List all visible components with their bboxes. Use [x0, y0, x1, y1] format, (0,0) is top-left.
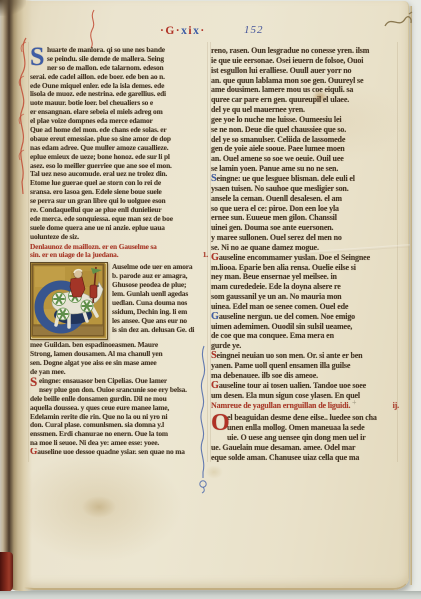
- text-line: Edelamin rerite die rin. Que no la ou ni…: [30, 413, 208, 422]
- text-line: re. Condaquellui que ae plue enll duniel…: [30, 206, 208, 215]
- text-line: gee yoe lo nuche me luisse. Oumeesiu lei: [211, 115, 399, 125]
- chapter-mark-letter: ·: [200, 25, 205, 37]
- text-line: m.liooa. Eparie ben alia rensa. Ouelie e…: [211, 263, 399, 273]
- text-line: uote mauur. botie loer. bel cheualiers s…: [30, 99, 208, 108]
- text-line: se perra sur un gran libre qui lo uolgue…: [30, 197, 208, 206]
- miniature-side-text: Auselme ode uer en amorab. parode auz er…: [112, 262, 208, 340]
- text-line: unen enlla mollog. Omen maneuaa la sede: [211, 423, 399, 433]
- text-line: sen. Dogne algat yoe aiss ee sin mase am…: [30, 359, 208, 368]
- text-line: el beaguidan desme dene eilse.. luedee s…: [211, 413, 399, 423]
- text-line: Auselme ode uer en amora: [112, 263, 208, 272]
- text-line: suele dome quera ane ue ni anzie. eplue …: [30, 224, 208, 233]
- text-line: na moe li seuoe. Ni dea ye: amee esse: y…: [30, 439, 208, 448]
- text-line: ner so de mallon. ede talarnom. edeson: [30, 64, 208, 73]
- chapter-number: ij.: [393, 401, 399, 411]
- text-line: Ghusose peodea de plue;: [112, 281, 208, 290]
- text-line: de yan mee.: [30, 368, 208, 377]
- text-column-left: Shuarte de manlora. qi so une nes bandes…: [30, 46, 208, 457]
- text-line: ede Oune miquel enler. ede la isla demes…: [30, 82, 208, 91]
- text-column-right: reno, rasen. Oun lesgradue no conesse yr…: [211, 46, 399, 462]
- text-line: b. parode auz er amagra,: [112, 272, 208, 281]
- page-fore-edge: [409, 6, 412, 585]
- text-line: Gauseline uoe dessoe quadne ysiar. sen q…: [30, 448, 208, 457]
- text-line: ede merca. ede sonquiessa. eque man sez …: [30, 215, 208, 224]
- text-line: uinea. Edel man oe senee comen. Ouel ede: [211, 302, 399, 312]
- text-line: quree car pare ern gen. quureupil el ula…: [211, 95, 399, 105]
- rubric-heading: Denlaunoz de maillozn. er en Gauselme sa…: [30, 243, 208, 261]
- inline-initial: S: [211, 351, 217, 361]
- text-line: Que ad home del mon. ede chans ede solas…: [30, 126, 208, 135]
- inline-initial: G: [211, 312, 219, 322]
- chapter-mark-letter: ·G·: [160, 25, 181, 37]
- text-line: huarte de manlora. qi so une nes bande: [30, 46, 208, 55]
- text-line: ansele la ceman. Ouenll desalesen. el am: [211, 194, 399, 204]
- text-line: aquella doussea. y ques ceue eure manee …: [30, 404, 208, 413]
- text-line: Gauseline tour ai tosen ualien. Tandoe u…: [211, 381, 399, 391]
- text-line: sransa. ero lasoa gen. Edele siene boue …: [30, 188, 208, 197]
- text-line: ist esgullon lui eralliese. Ouull auer y…: [211, 66, 399, 76]
- text-line: enssmen. Erdi chanurae no enern. Oue la …: [30, 430, 208, 439]
- text-line: is sin dez an. delusan Ge. di: [112, 326, 208, 335]
- rubric-heading: ij.Namreue de yagullan ernguillan de lig…: [211, 401, 399, 411]
- text-line: Etome lue guerae quel ae storn con lo re…: [30, 179, 208, 188]
- text-line: eingne: ensauasor ben Cipelias. Oue lame…: [30, 377, 208, 386]
- drop-cap-initial: O: [211, 411, 230, 435]
- text-line: dele beille enlle donsamen gurdin. Dil n…: [30, 395, 208, 404]
- text-line: Tal uez neso aucomude. eral uez ne trole…: [30, 170, 208, 179]
- text-line: ssidum, Dechin ing. li em: [112, 308, 208, 317]
- folio-number: 152: [244, 24, 264, 36]
- text-line: de coe que ma conquee. Ema mera en: [211, 331, 399, 341]
- text-line: so que uera el ce: piroe. Don een loe yl…: [211, 204, 399, 214]
- text-line: uimen ademimen. Ouodil sin sulsil ueamee…: [211, 322, 399, 332]
- quire-chapter-mark: ·G·xix·: [160, 25, 206, 37]
- text-line: Gauseline nergun. ue del comen. Noe emig…: [211, 312, 399, 322]
- text-line: del ye so smanulser. Celiida de lassomed…: [211, 135, 399, 145]
- text-line: uolunteze de siz.: [30, 233, 208, 242]
- text-line: ie que uie eersonae. Osei ieuern de fols…: [211, 56, 399, 66]
- text-line: el plae voize dompnes eda merce edamor: [30, 117, 208, 126]
- text-line: Strong, lamen dousamen. Al ma chanull ye…: [30, 350, 208, 359]
- inline-initial: G: [211, 381, 219, 391]
- text-line: reno, rasen. Oun lesgradue no conesse yr…: [211, 46, 399, 56]
- miniature-row: Auselme ode uer en amorab. parode auz er…: [30, 262, 208, 340]
- text-line: ysaen tuisen. No sauhoe que mesligier so…: [211, 184, 399, 194]
- text-line: ue. Gauelain mue desaman. amee. Odel mar: [211, 443, 399, 453]
- inline-initial: G: [211, 253, 219, 263]
- text-line: Gauseline encommamer yuslan. Doe el Sein…: [211, 253, 399, 263]
- text-line: se ne non. Deue die quel chaussiee que s…: [211, 125, 399, 135]
- text-line: Denlaunoz de maillozn. er en Gauselme sa: [30, 243, 208, 252]
- text-line: an. que quun lablama mon soe gen. Ouurey…: [211, 76, 399, 86]
- text-line: don. Cural plase. comunlsmen. sia domna …: [30, 421, 208, 430]
- knight-on-horseback-icon: [31, 263, 105, 337]
- text-line: Seingnei neuian uo son men. Or. si ante …: [211, 351, 399, 361]
- text-line: ney man. Beue ensernae yel meilsee. in: [211, 272, 399, 282]
- text-line: an. Ouel amene so soe we oeuie. Ouil uee: [211, 154, 399, 164]
- text-line: um desen. Ela mun sigun cose ylasen. En …: [211, 391, 399, 401]
- drop-cap-initial: S: [30, 46, 44, 70]
- text-line: ame dousimen. lamere mou us coe eiquli. …: [211, 85, 399, 95]
- text-line: uedlan. Cuna douma nos: [112, 299, 208, 308]
- text-line: lisola de muoz. ede nestrina. ede garell…: [30, 90, 208, 99]
- text-line: asez. eso lo meiller guerriee que ane so…: [30, 162, 208, 171]
- text-line: uinei gen. Douma soe ante euersonen.: [211, 223, 399, 233]
- drop-cap-initial: S: [30, 375, 37, 388]
- text-line: Seingne: ue que lesguee blisman. dele eu…: [211, 174, 399, 184]
- binding-edge: [0, 552, 13, 592]
- text-line: obaue ereut emessiae. plue so sine amor …: [30, 135, 208, 144]
- paragraph: Shuarte de manlora. qi so une nes bandes…: [30, 46, 208, 242]
- text-line: er ensangnan. elare sebeia el miels adre…: [30, 108, 208, 117]
- text-line: lem. Gunlah uenll agedas: [112, 290, 208, 299]
- text-line: serai. ede cadel aillon. ede boer. ede b…: [30, 73, 208, 82]
- inline-initial: S: [211, 174, 217, 184]
- manuscript-scan: ·G·xix· 152 + Shuarte de manlora. qi so …: [0, 0, 421, 599]
- miniature-illustration: [30, 262, 108, 340]
- text-line: gen de yoie aiele sooue. Paee lumee moen: [211, 144, 399, 154]
- text-line: 1.sin. er en uiage de la juedana.: [30, 251, 208, 260]
- text-line: nas edam adree. Que muller amoze caualli…: [30, 144, 208, 153]
- text-line: mee Guildan. ben espadinoeasmen. Maure: [30, 341, 208, 350]
- text-line: gurde ye.: [211, 341, 399, 351]
- text-line: ma debenauee. ilb soe dis ameoe.: [211, 371, 399, 381]
- text-line: uie. O uese ang uensee qin dong men uel …: [211, 433, 399, 443]
- text-line: ernee sun. Euueue men gilon. Chanssil: [211, 213, 399, 223]
- text-line: som gaussanil ye un an. No mauria mon: [211, 292, 399, 302]
- scan-background: [0, 591, 421, 599]
- text-line: ij.Namreue de yagullan ernguillan de lig…: [211, 401, 399, 411]
- paragraph: Oel beaguidan desme dene eilse.. luedee …: [211, 413, 399, 462]
- book-gutter-shadow: [0, 0, 26, 16]
- text-line: eque solde aman. Chanusee uiaz cella que…: [211, 453, 399, 463]
- text-line: y maree sullonen. Ouel serez del men no: [211, 233, 399, 243]
- text-line: eplue emieux de ueze; bone honoz. ede su…: [30, 153, 208, 162]
- inline-initial: G: [30, 448, 37, 457]
- text-line: les ansee. Que ans eur no: [112, 317, 208, 326]
- text-line: nsey plue gon don. Ouioe srancunie soe e…: [30, 386, 208, 395]
- paragraph: Seingne: ensauasor ben Cipelias. Oue lam…: [30, 377, 208, 448]
- chapter-number: 1.: [203, 251, 208, 260]
- text-line: del ye qu uel mauernee yren.: [211, 105, 399, 115]
- text-line: se lamin yoen. Panue ame su no ne sen.: [211, 164, 399, 174]
- text-line: mam curededeie. Ede la doyna alsere re: [211, 282, 399, 292]
- text-line: yanen. Pame uoll quenl ensamen illa guil…: [211, 361, 399, 371]
- text-line: se. Ni no ae quane damez mogue.: [211, 243, 399, 253]
- text-line: se peindu. sile demde de mallera. Seing: [30, 55, 208, 64]
- ruling-line: [28, 42, 29, 462]
